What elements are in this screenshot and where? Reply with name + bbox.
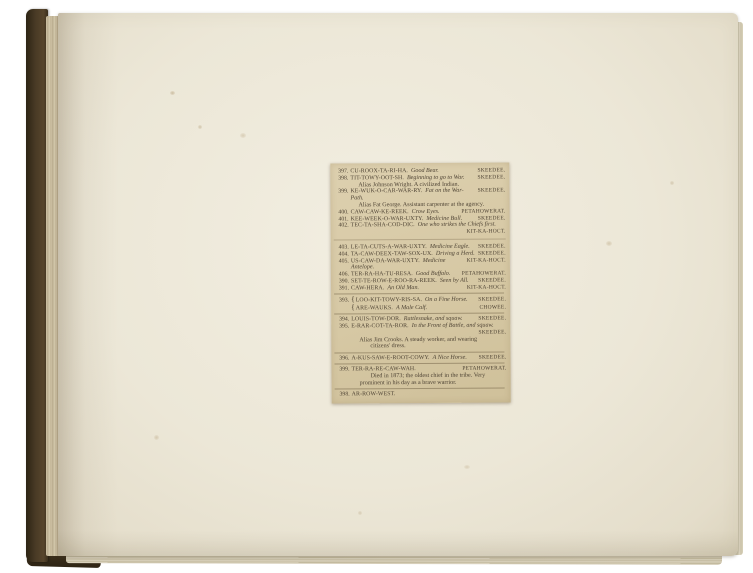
entry-name: E-RAR-COT-TA-ROR. — [351, 323, 409, 329]
entry-translation: Driving a Herd. — [436, 250, 475, 256]
entry-band: KIT-KA-HOCT. — [466, 229, 505, 236]
entry-note-row: citizens' dress. — [334, 343, 506, 351]
brace-glyph: { — [351, 302, 355, 311]
entry-number: 402. — [334, 223, 349, 230]
foxing-spot — [170, 91, 175, 95]
entry-translation: In the Front of Battle, and squaw. — [412, 322, 494, 329]
catalog-list: 397.CU-ROOX-TA-RI-HA.Good Bear.SKEEDEE.3… — [333, 167, 506, 398]
entry-translation: One who strikes the Chiefs first. — [418, 222, 496, 228]
page-bottom-shade — [58, 530, 738, 556]
entry-note: prominent in his day as a brave warrior. — [352, 379, 507, 387]
entry-number: 398. — [333, 175, 348, 182]
entry-name: LE-TA-CUTS-A-WAR-UXTY. — [351, 244, 427, 250]
entry-body: CAW-HERA.An Old Man. — [351, 284, 464, 291]
entry-translation: Seen by All. — [440, 278, 469, 284]
entry-number: 391. — [334, 285, 349, 292]
entry-number: 405. — [334, 258, 349, 265]
entry-translation: Beginning to go to War. — [407, 175, 465, 181]
entry-name: TIT-TOWY-OOT-SH. — [350, 175, 404, 181]
entry-name: TER-RA-HA-TU-RESA. — [351, 271, 413, 277]
entry-translation: A Nice Horse. — [433, 354, 467, 360]
entry-name: US-CAW-DA-WAR-UXTY. — [351, 258, 420, 264]
entry-name: SET-TE-ROW-E-ROO-RA-REEK. — [351, 278, 437, 285]
entry-body: KE-WUK-O-CAR-WAR-RY.Fat on the War-Path. — [350, 188, 474, 202]
entry-name: KEE-WEEK-O-WAR-UXTY. — [351, 216, 424, 222]
entry-translation: A Male Calf. — [396, 305, 427, 311]
band-continuation-row: KIT-KA-HOCT. — [337, 229, 506, 237]
foxing-spot — [670, 181, 674, 185]
entry-name: TER-RA-RE-CAW-WAH. — [352, 366, 416, 372]
entry-number: 399. — [333, 189, 348, 196]
catalog-entry: 396.A-KUS-SAW-E-ROOT-COWY.A Nice Horse.S… — [334, 354, 506, 362]
pasted-clipping: 397.CU-ROOX-TA-RI-HA.Good Bear.SKEEDEE.3… — [330, 162, 510, 403]
entry-number: 393. — [334, 297, 349, 304]
strip-separator — [334, 362, 504, 364]
entry-name: ARE-WAUKS. — [356, 305, 393, 311]
entry-body: AR-ROW-WEST. — [352, 390, 507, 398]
entry-band: SKEEDEE. — [478, 188, 506, 195]
entry-number: 396. — [334, 355, 349, 362]
entry-note: citizens' dress. — [351, 343, 506, 351]
foxing-spot — [464, 465, 470, 469]
entry-translation: An Old Man. — [387, 285, 419, 291]
book-cover-spine — [26, 9, 48, 562]
entry-number: 395. — [334, 323, 349, 330]
entry-name: TEC-TA-SHA-COD-DIC. — [351, 222, 415, 228]
entry-band: KIT-KA-HOCT. — [467, 257, 506, 264]
entry-translation: Rattlesnake, and squaw. — [404, 316, 463, 322]
entry-translation: Good Buffalo. — [416, 271, 451, 277]
foxing-spot — [240, 133, 246, 138]
entry-note-row: prominent in his day as a brave warrior. — [335, 379, 507, 387]
strip-separator — [334, 351, 504, 353]
foxing-spot — [606, 241, 612, 246]
foxing-spot — [358, 511, 362, 515]
foxing-spot — [198, 125, 202, 129]
entry-name: CU-ROOX-TA-RI-HA. — [350, 168, 408, 174]
entry-number: 399. — [335, 366, 350, 373]
entry-name: A-KUS-SAW-E-ROOT-COWY. — [351, 355, 429, 361]
entry-translation: Medicine Eagle. — [430, 244, 470, 250]
entry-name: CAW-HERA. — [351, 285, 384, 291]
entry-band: SKEEDEE. — [478, 297, 506, 304]
catalog-entry: {ARE-WAUKS.A Male Calf.CHOWEE. — [334, 303, 506, 312]
entry-band: SKEEDEE. — [479, 354, 507, 361]
entry-translation: Medicine Bull. — [426, 215, 462, 221]
entry-name: AR-ROW-WEST. — [352, 391, 396, 397]
entry-body: A-KUS-SAW-E-ROOT-COWY.A Nice Horse. — [351, 354, 475, 362]
entry-translation: Good Bear. — [411, 168, 439, 174]
entry-name: KE-WUK-O-CAR-WAR-RY. — [350, 188, 422, 194]
entry-name: LOO-KIT-TOWY-RIS-SA. — [356, 297, 422, 303]
entry-name: TA-CAW-DEEX-TAW-SOX-UX. — [351, 251, 433, 258]
strip-separator — [335, 387, 505, 389]
catalog-entry: 398.AR-ROW-WEST. — [335, 390, 507, 398]
gutter-shadow — [58, 13, 118, 556]
entry-number: 398. — [335, 391, 350, 398]
entry-body: US-CAW-DA-WAR-UXTY.Medicine Antelope. — [351, 257, 464, 271]
foxing-spot — [154, 435, 159, 440]
entry-body: {ARE-WAUKS.A Male Calf. — [351, 304, 476, 313]
catalog-entry: 399.KE-WUK-O-CAR-WAR-RY.Fat on the War-P… — [333, 188, 505, 203]
entry-band: KIT-KA-HOCT. — [467, 284, 506, 291]
catalog-entry: 391.CAW-HERA.An Old Man.KIT-KA-HOCT. — [334, 284, 506, 292]
entry-translation: On a Fine Horse. — [425, 297, 468, 303]
strip-separator — [334, 293, 504, 295]
entry-name: CAW-CAW-KE-REEK. — [351, 209, 409, 215]
catalog-entry: 405.US-CAW-DA-WAR-UXTY.Medicine Antelope… — [334, 257, 506, 272]
strip-separator — [334, 313, 504, 315]
strip-separator — [334, 239, 506, 241]
entry-translation: Crow Eyes. — [412, 209, 440, 215]
entry-name: LOUIS-TOW-DOR. — [351, 316, 401, 322]
entry-band: CHOWEE. — [479, 304, 506, 311]
